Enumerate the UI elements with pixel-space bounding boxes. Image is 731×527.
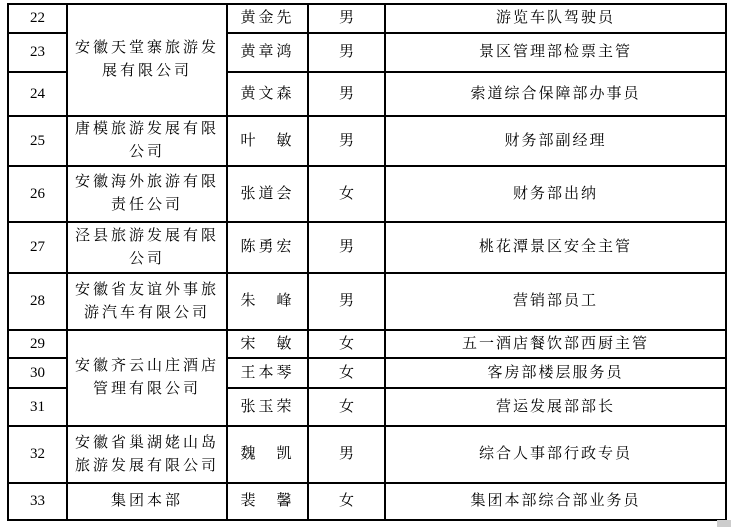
cell-gender: 男 — [308, 72, 385, 116]
cell-no: 24 — [8, 72, 67, 116]
cell-gender: 男 — [308, 4, 385, 33]
cell-company: 泾县旅游发展有限公司 — [67, 222, 227, 273]
scroll-corner-artifact — [717, 520, 731, 527]
cell-gender: 男 — [308, 273, 385, 330]
cell-company: 安徽齐云山庄酒店管理有限公司 — [67, 330, 227, 426]
cell-gender: 女 — [308, 483, 385, 520]
cell-company: 安徽海外旅游有限责任公司 — [67, 166, 227, 222]
cell-name: 魏 凯 — [227, 426, 308, 483]
cell-no: 32 — [8, 426, 67, 483]
table-row: 32 安徽省巢湖姥山岛旅游发展有限公司 魏 凯 男 综合人事部行政专员 — [8, 426, 726, 483]
table-row: 28 安徽省友谊外事旅游汽车有限公司 朱 峰 男 营销部员工 — [8, 273, 726, 330]
cell-position: 索道综合保障部办事员 — [385, 72, 726, 116]
cell-position: 营销部员工 — [385, 273, 726, 330]
cell-position: 五一酒店餐饮部西厨主管 — [385, 330, 726, 358]
cell-no: 31 — [8, 388, 67, 426]
cell-gender: 男 — [308, 116, 385, 166]
employee-roster-table: 22 安徽天堂寨旅游发展有限公司 黄金先 男 游览车队驾驶员 23 黄章鸿 男 … — [7, 3, 727, 521]
cell-position: 财务部出纳 — [385, 166, 726, 222]
cell-no: 29 — [8, 330, 67, 358]
cell-position: 客房部楼层服务员 — [385, 358, 726, 388]
cell-gender: 男 — [308, 222, 385, 273]
cell-gender: 女 — [308, 330, 385, 358]
cell-name: 黄金先 — [227, 4, 308, 33]
cell-no: 27 — [8, 222, 67, 273]
cell-no: 26 — [8, 166, 67, 222]
cell-gender: 女 — [308, 388, 385, 426]
table-row: 26 安徽海外旅游有限责任公司 张道会 女 财务部出纳 — [8, 166, 726, 222]
cell-name: 宋 敏 — [227, 330, 308, 358]
cell-no: 22 — [8, 4, 67, 33]
table-row: 25 唐模旅游发展有限公司 叶 敏 男 财务部副经理 — [8, 116, 726, 166]
cell-company: 集团本部 — [67, 483, 227, 520]
cell-name: 黄章鸿 — [227, 33, 308, 72]
cell-name: 陈勇宏 — [227, 222, 308, 273]
cell-name: 黄文森 — [227, 72, 308, 116]
cell-company: 安徽天堂寨旅游发展有限公司 — [67, 4, 227, 116]
cell-no: 28 — [8, 273, 67, 330]
cell-no: 30 — [8, 358, 67, 388]
cell-name: 叶 敏 — [227, 116, 308, 166]
cell-gender: 男 — [308, 426, 385, 483]
cell-position: 桃花潭景区安全主管 — [385, 222, 726, 273]
cell-position: 综合人事部行政专员 — [385, 426, 726, 483]
document-page: 22 安徽天堂寨旅游发展有限公司 黄金先 男 游览车队驾驶员 23 黄章鸿 男 … — [0, 0, 731, 527]
cell-no: 23 — [8, 33, 67, 72]
cell-position: 财务部副经理 — [385, 116, 726, 166]
cell-position: 景区管理部检票主管 — [385, 33, 726, 72]
table-row: 22 安徽天堂寨旅游发展有限公司 黄金先 男 游览车队驾驶员 — [8, 4, 726, 33]
cell-company: 安徽省友谊外事旅游汽车有限公司 — [67, 273, 227, 330]
cell-gender: 女 — [308, 166, 385, 222]
cell-company: 安徽省巢湖姥山岛旅游发展有限公司 — [67, 426, 227, 483]
cell-position: 游览车队驾驶员 — [385, 4, 726, 33]
cell-position: 营运发展部部长 — [385, 388, 726, 426]
cell-name: 王本琴 — [227, 358, 308, 388]
cell-company: 唐模旅游发展有限公司 — [67, 116, 227, 166]
cell-name: 朱 峰 — [227, 273, 308, 330]
table-row: 27 泾县旅游发展有限公司 陈勇宏 男 桃花潭景区安全主管 — [8, 222, 726, 273]
cell-position: 集团本部综合部业务员 — [385, 483, 726, 520]
table-row: 33 集团本部 裴 馨 女 集团本部综合部业务员 — [8, 483, 726, 520]
cell-no: 25 — [8, 116, 67, 166]
cell-name: 裴 馨 — [227, 483, 308, 520]
cell-name: 张玉荣 — [227, 388, 308, 426]
cell-gender: 女 — [308, 358, 385, 388]
cell-no: 33 — [8, 483, 67, 520]
cell-gender: 男 — [308, 33, 385, 72]
table-row: 29 安徽齐云山庄酒店管理有限公司 宋 敏 女 五一酒店餐饮部西厨主管 — [8, 330, 726, 358]
cell-name: 张道会 — [227, 166, 308, 222]
